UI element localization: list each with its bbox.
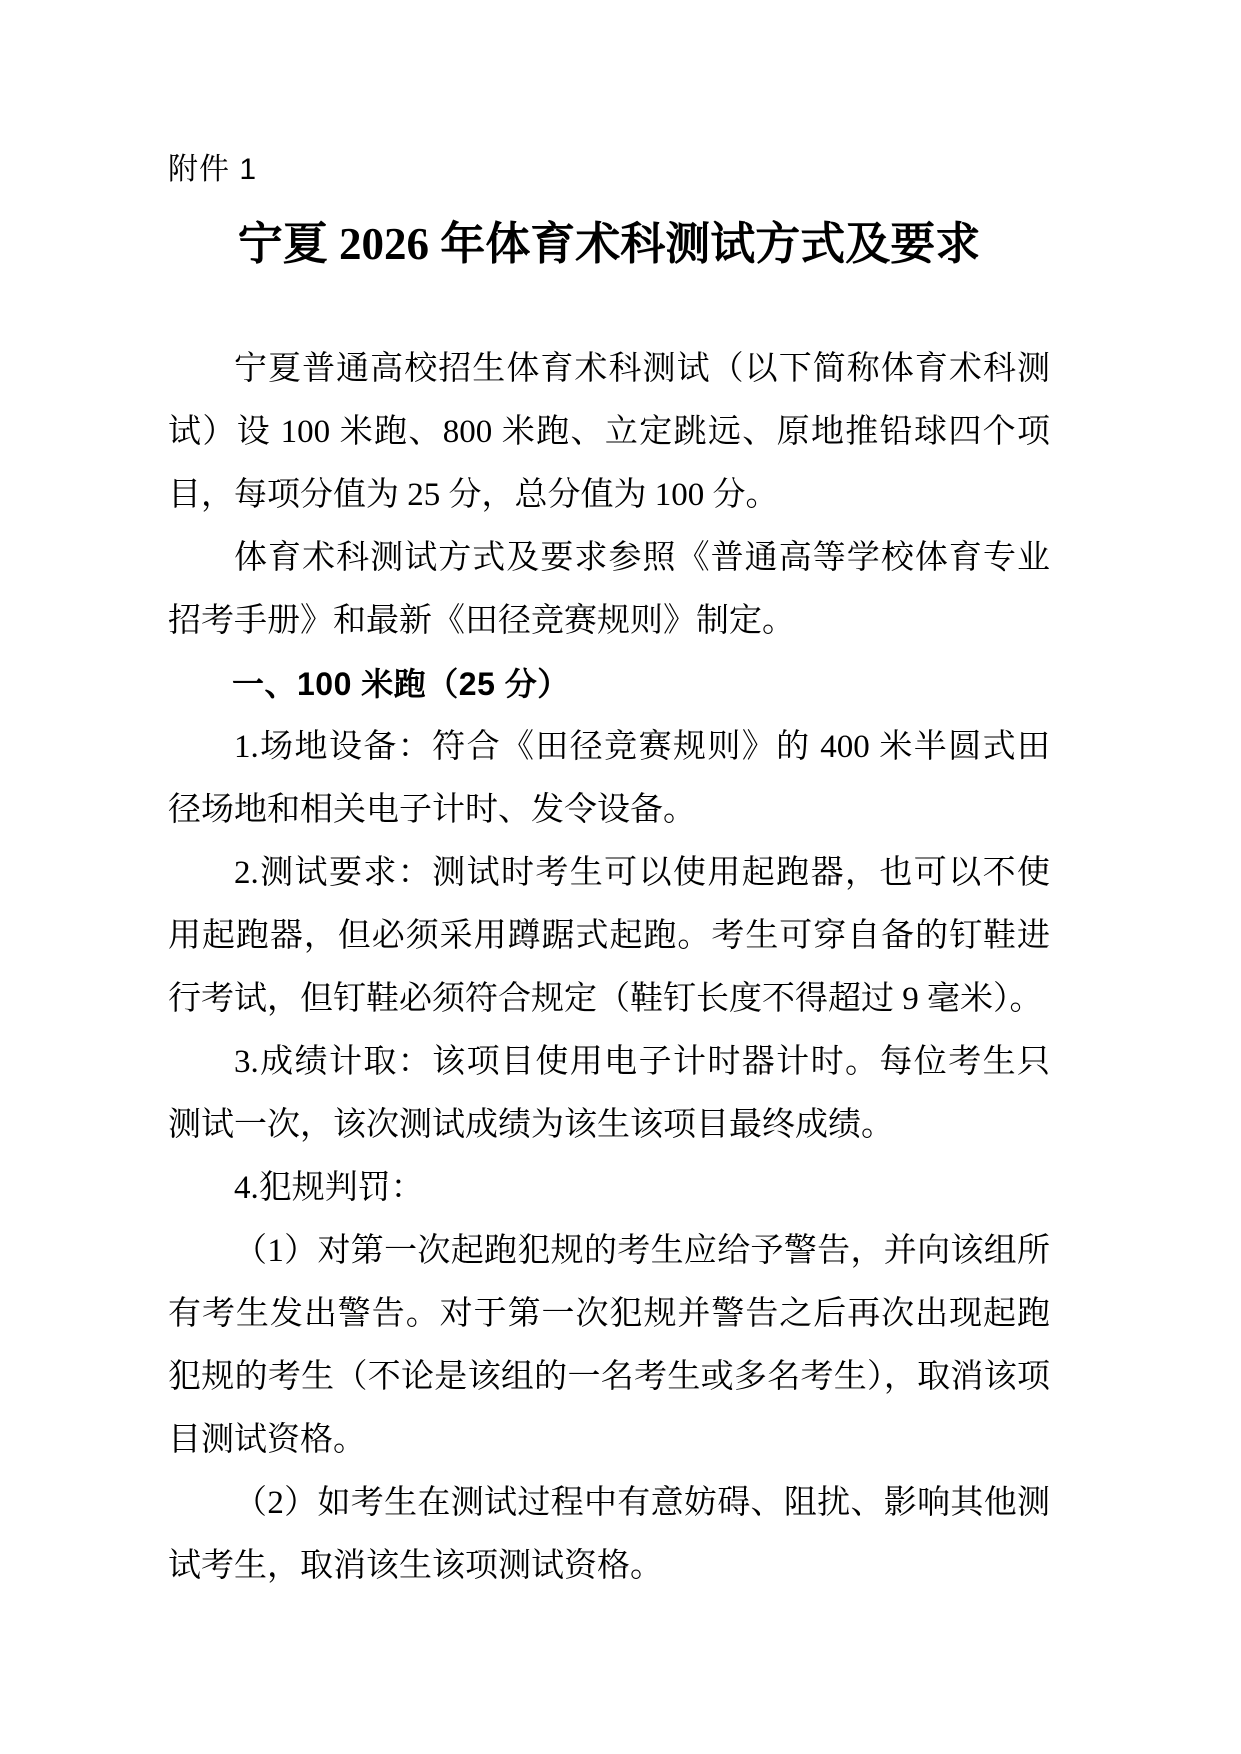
attachment-label: 附件 1 [168, 152, 257, 188]
document-body: 宁夏普通高校招生体育术科测试（以下简称体育术科测试）设 100 米跑、800 米… [168, 338, 1050, 1598]
document-title: 宁夏 2026 年体育术科测试方式及要求 [168, 214, 1050, 274]
item-foul-penalty-clause-1: （1）对第一次起跑犯规的考生应给予警告，并向该组所有考生发出警告。对于第一次犯规… [168, 1220, 1050, 1472]
item-test-requirements: 2.测试要求：测试时考生可以使用起跑器，也可以不使用起跑器，但必须采用蹲踞式起跑… [168, 842, 1050, 1031]
document-page: 附件 1 宁夏 2026 年体育术科测试方式及要求 宁夏普通高校招生体育术科测试… [0, 0, 1241, 1754]
item-score-recording: 3.成绩计取：该项目使用电子计时器计时。每位考生只测试一次，该次测试成绩为该生该… [168, 1031, 1050, 1157]
section-heading-100m-run: 一、100 米跑（25 分） [168, 653, 1050, 716]
intro-paragraph-1: 宁夏普通高校招生体育术科测试（以下简称体育术科测试）设 100 米跑、800 米… [168, 338, 1050, 527]
item-venue-equipment: 1.场地设备：符合《田径竞赛规则》的 400 米半圆式田径场地和相关电子计时、发… [168, 716, 1050, 842]
item-foul-penalty-clause-2: （2）如考生在测试过程中有意妨碍、阻扰、影响其他测试考生，取消该生该项测试资格。 [168, 1472, 1050, 1598]
intro-paragraph-2: 体育术科测试方式及要求参照《普通高等学校体育专业招考手册》和最新《田径竞赛规则》… [168, 527, 1050, 653]
item-foul-penalty: 4.犯规判罚： [168, 1157, 1050, 1220]
